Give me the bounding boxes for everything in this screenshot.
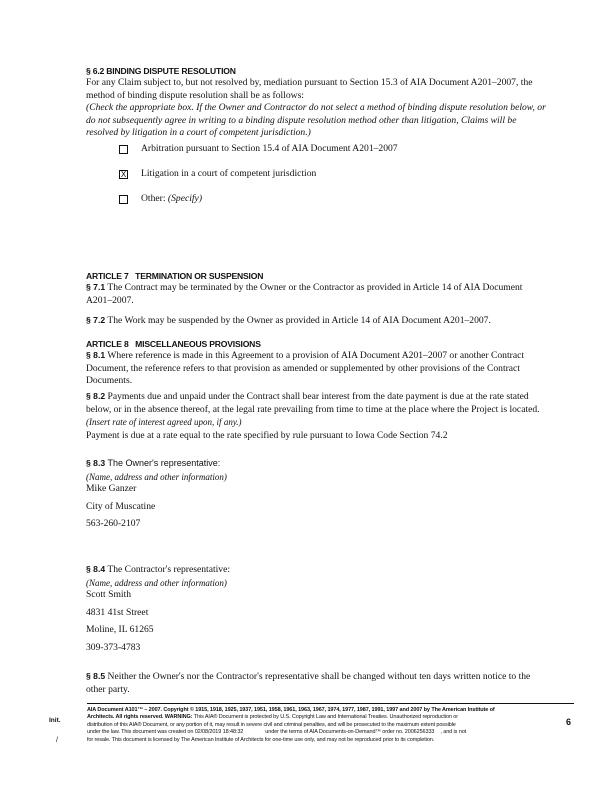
section-8-5-line2: other party. — [86, 684, 530, 697]
other-label-specify: (Specify) — [168, 193, 202, 204]
litigation-checkbox[interactable]: X — [119, 170, 128, 179]
section-6-2-instruction3: resolved by litigation in a court of com… — [86, 127, 546, 140]
article-7-heading: ARTICLE 7 TERMINATION OR SUSPENSION — [86, 271, 263, 281]
initials-label: Init. — [49, 717, 61, 724]
contractor-rep-city: Moline, IL 61265 — [86, 624, 230, 637]
copyright-line4-end: , and is not — [440, 729, 466, 735]
section-6-2-line2: method of binding dispute resolution sha… — [86, 90, 546, 103]
owner-rep-phone: 563-260-2107 — [86, 518, 227, 531]
section-7-1-line1: The Contract may be terminated by the Ow… — [105, 282, 522, 293]
article-8-heading: ARTICLE 8 MISCELLANEOUS PROVISIONS — [86, 339, 261, 349]
contractor-rep-name: Scott Smith — [86, 589, 230, 602]
arbitration-checkbox[interactable] — [119, 145, 128, 154]
section-8-3-instruction: (Name, address and other information) — [86, 471, 227, 484]
owner-rep-name: Mike Ganzer — [86, 483, 227, 496]
section-7-1-line2: A201–2007. — [86, 295, 522, 308]
section-7-1: § 7.1 The Contract may be terminated by … — [86, 281, 522, 307]
copyright-notice: AIA Document A101™ – 2007. Copyright © 1… — [87, 707, 574, 744]
section-6-2-text: For any Claim subject to, but not resolv… — [86, 77, 546, 140]
copyright-line2: This AIA® Document is protected by U.S. … — [192, 714, 458, 720]
section-7-2-text: The Work may be suspended by the Owner a… — [105, 315, 491, 326]
copyright-line3: distribution of this AIA® Document, or a… — [87, 722, 574, 729]
section-6-2-heading: § 6.2 BINDING DISPUTE RESOLUTION — [86, 66, 236, 76]
section-8-2-number: § 8.2 — [86, 391, 105, 401]
section-8-2-line2: below, or in the absence thereof, at the… — [86, 404, 540, 417]
section-8-5-line1: Neither the Owner's nor the Contractor's… — [105, 671, 530, 682]
section-8-3: § 8.3 The Owner's representative: (Name,… — [86, 457, 227, 531]
contractor-rep-phone: 309-373-4783 — [86, 642, 230, 655]
section-8-5: § 8.5 Neither the Owner's nor the Contra… — [86, 670, 530, 696]
section-7-2: § 7.2 The Work may be suspended by the O… — [86, 314, 491, 328]
section-8-2-instruction: (Insert rate of interest agreed upon, if… — [86, 416, 540, 429]
arbitration-option-label: Arbitration pursuant to Section 15.4 of … — [141, 143, 398, 154]
litigation-option-label: Litigation in a court of competent juris… — [141, 168, 316, 179]
section-8-4: § 8.4 The Contractor's representative: (… — [86, 563, 230, 655]
document-page: § 6.2 BINDING DISPUTE RESOLUTION For any… — [0, 0, 609, 800]
section-7-1-number: § 7.1 — [86, 282, 105, 292]
section-8-4-number: § 8.4 — [86, 564, 105, 574]
copyright-warning-label: Architects. All rights reserved. WARNING… — [87, 714, 192, 720]
section-7-2-number: § 7.2 — [86, 315, 105, 325]
owner-rep-organization: City of Muscatine — [86, 501, 227, 514]
section-8-2: § 8.2 Payments due and unpaid under the … — [86, 390, 540, 429]
section-8-1-line1: Where reference is made in this Agreemen… — [105, 350, 524, 361]
section-8-1-line2: Document, the reference refers to that p… — [86, 363, 524, 376]
contractor-rep-street: 4831 41st Street — [86, 607, 230, 620]
initials-slash: / — [56, 737, 58, 744]
section-8-1-line3: Documents. — [86, 375, 524, 388]
interest-rate-value: Payment is due at a rate equal to the ra… — [86, 430, 448, 443]
section-8-4-title: The Contractor's representative: — [105, 564, 230, 575]
copyright-line5: for resale. This document is licensed by… — [87, 737, 574, 744]
section-8-1-number: § 8.1 — [86, 350, 105, 360]
other-option-label: Other: (Specify) — [141, 193, 202, 204]
other-label-text: Other: — [141, 193, 166, 204]
section-8-3-title: The Owner's representative: — [105, 458, 220, 468]
section-8-5-number: § 8.5 — [86, 671, 105, 681]
footer-divider — [87, 703, 574, 704]
section-8-2-line1: Payments due and unpaid under the Contra… — [105, 391, 529, 402]
section-8-3-number: § 8.3 — [86, 458, 105, 468]
section-8-1: § 8.1 Where reference is made in this Ag… — [86, 349, 524, 388]
copyright-created-on: under the law. This document was created… — [87, 729, 243, 735]
section-8-4-instruction: (Name, address and other information) — [86, 577, 230, 590]
copyright-order-number: under the terms of AIA Documents-on-Dema… — [265, 729, 434, 735]
section-6-2-line1: For any Claim subject to, but not resolv… — [86, 77, 546, 90]
section-6-2-instruction1: (Check the appropriate box. If the Owner… — [86, 102, 546, 115]
other-checkbox[interactable] — [119, 195, 128, 204]
section-6-2-instruction2: do not subsequently agree in writing to … — [86, 115, 546, 128]
